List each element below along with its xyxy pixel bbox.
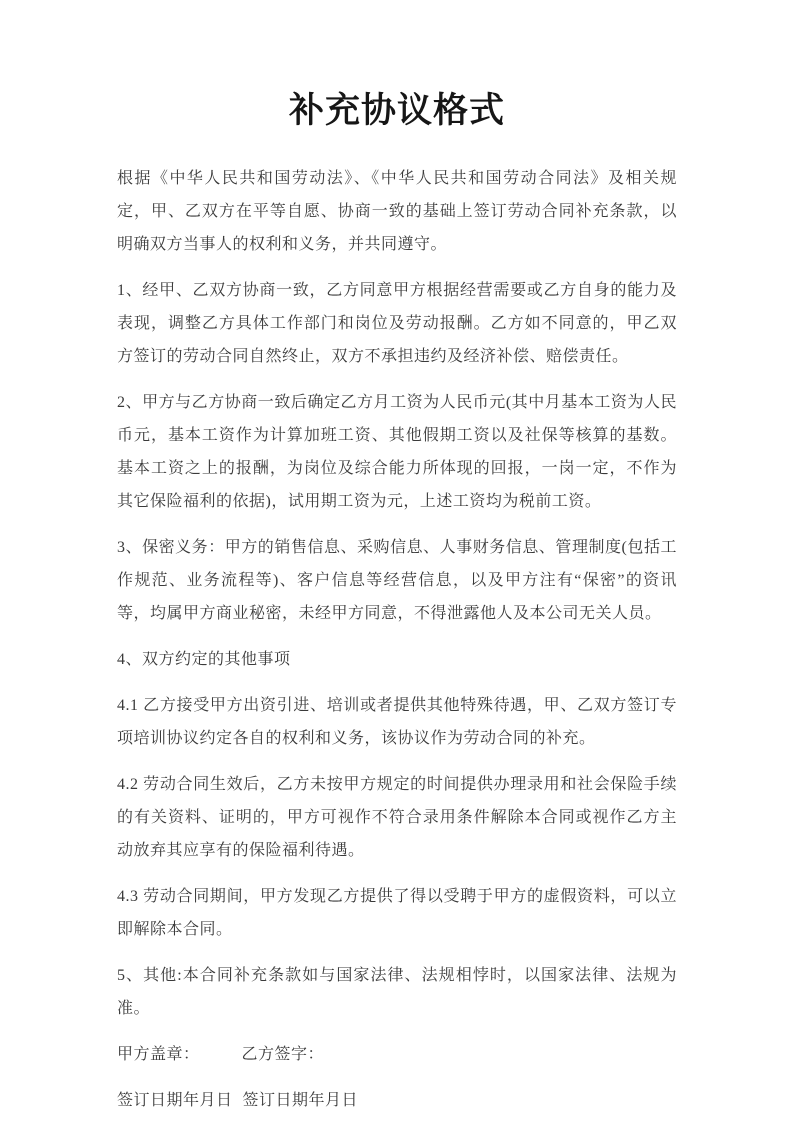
paragraph: 根据《中华人民共和国劳动法》、《中华人民共和国劳动合同法》及相关规定，甲、乙双方… [117, 162, 677, 261]
paragraph: 3、保密义务：甲方的销售信息、采购信息、人事财务信息、管理制度(包括工作规范、业… [117, 531, 677, 630]
signature-line: 甲方盖章：乙方签字： [117, 1038, 677, 1071]
document-body: 补充协议格式 根据《中华人民共和国劳动法》、《中华人民共和国劳动合同法》及相关规… [117, 0, 677, 1122]
paragraph: 1、经甲、乙双方协商一致，乙方同意甲方根据经营需要或乙方自身的能力及表现，调整乙… [117, 274, 677, 373]
paragraph: 5、其他:本合同补充条款如与国家法律、法规相悖时，以国家法律、法规为准。 [117, 959, 677, 1025]
document-title: 补充协议格式 [117, 86, 677, 136]
party-b-date-label: 签订日期年月日 [243, 1092, 359, 1109]
paragraph: 4.3 劳动合同期间，甲方发现乙方提供了得以受聘于甲方的虚假资料，可以立即解除本… [117, 880, 677, 946]
party-b-sign-label: 乙方签字： [242, 1046, 325, 1063]
paragraphs: 根据《中华人民共和国劳动法》、《中华人民共和国劳动合同法》及相关规定，甲、乙双方… [117, 162, 677, 1025]
document-page: 补充协议格式 根据《中华人民共和国劳动法》、《中华人民共和国劳动合同法》及相关规… [0, 0, 793, 1122]
paragraph: 2、甲方与乙方协商一致后确定乙方月工资为人民币元(其中月基本工资为人民币元，基本… [117, 386, 677, 518]
paragraph: 4、双方约定的其他事项 [117, 643, 677, 676]
date-line: 签订日期年月日签订日期年月日 [117, 1084, 677, 1117]
party-a-seal-label: 甲方盖章： [117, 1046, 200, 1063]
paragraph: 4.1 乙方接受甲方出资引进、培训或者提供其他特殊待遇，甲、乙双方签订专项培训协… [117, 689, 677, 755]
paragraph: 4.2 劳动合同生效后，乙方未按甲方规定的时间提供办理录用和社会保险手续的有关资… [117, 768, 677, 867]
party-a-date-label: 签订日期年月日 [117, 1092, 233, 1109]
